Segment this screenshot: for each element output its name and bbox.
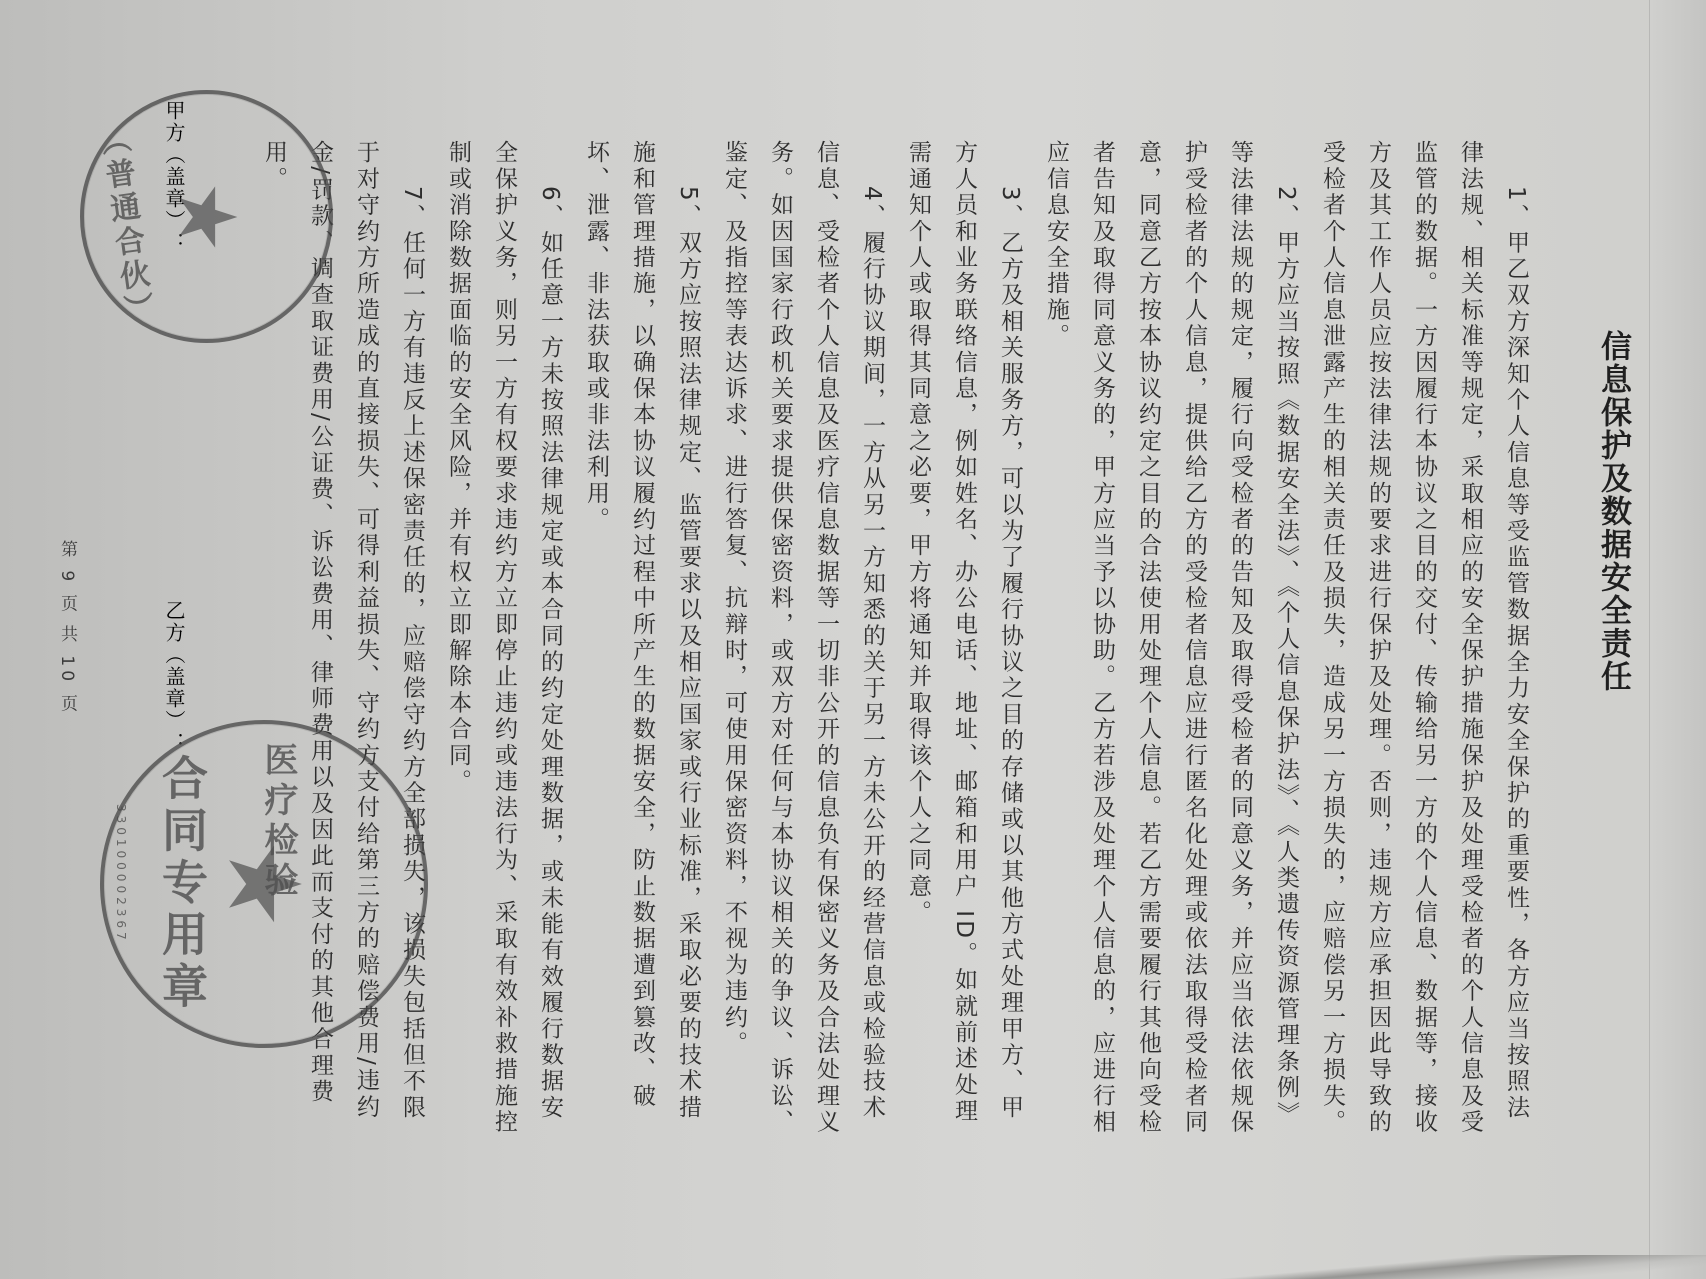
page-number: 第 9 页 共 10 页 — [55, 540, 80, 715]
paragraph-3: 3、乙方及相关服务方，可以为了履行协议之目的存储或以其他方式处理甲方、甲方人员和… — [895, 140, 1033, 1140]
paragraph-1: 1、甲乙双方深知个人信息等受监管数据全力安全保护的重要性，各方应当按照法律法规、… — [1309, 140, 1539, 1140]
star-icon: ★ — [206, 839, 323, 929]
document-photo: 信息保护及数据安全责任 1、甲乙双方深知个人信息等受监管数据全力安全保护的重要性… — [0, 0, 1706, 1279]
paragraph-5: 5、双方应按照法律规定、监管要求以及相应国家或行业标准，采取必要的技术措施和管理… — [573, 140, 711, 1140]
party-b-stamp: 合同专用章 医疗检验 330100002367 ★ — [100, 720, 428, 1048]
paragraph-2: 2、甲方应当按照《数据安全法》、《个人信息保护法》、《人类遗传资源管理条例》等法… — [1033, 140, 1309, 1140]
photo-shadow — [1050, 1255, 1706, 1279]
star-icon: ★ — [160, 181, 253, 253]
next-page-edge-text — [1676, 70, 1696, 180]
party-a-stamp: （普通合伙） ★ — [80, 90, 333, 343]
paragraph-4: 4、履行协议期间，一方从另一方知悉的关于另一方未公开的经营信息或检验技术信息、受… — [711, 140, 895, 1140]
document-title: 信息保护及数据安全责任 — [1591, 330, 1636, 1230]
paragraph-6: 6、如任意一方未按照法律规定或本合同的约定处理数据，或未能有效履行数据安全保护义… — [435, 140, 573, 1140]
party-b-stamp-serial: 330100002367 — [114, 804, 128, 944]
